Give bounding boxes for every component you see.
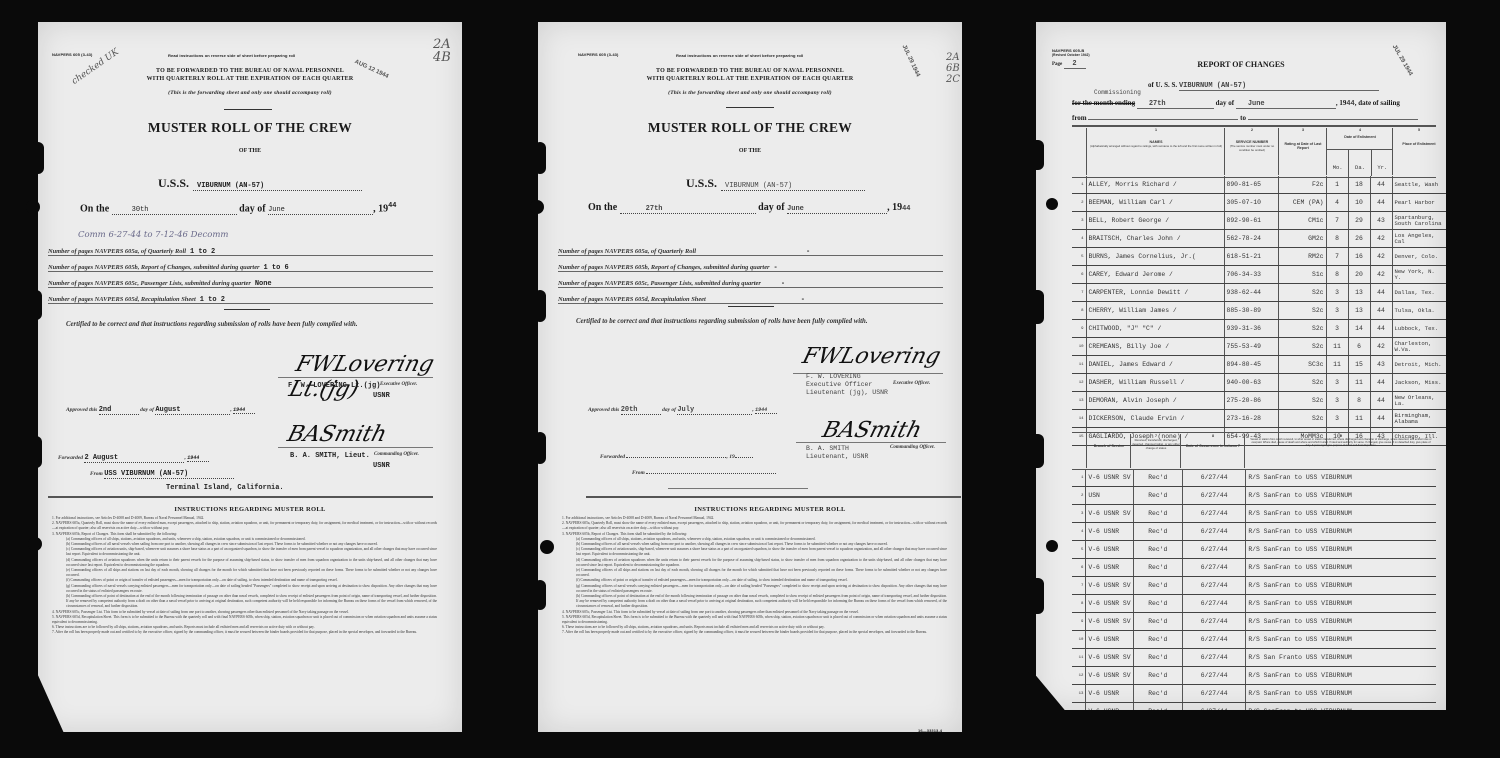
year-prefix: , 19 — [373, 203, 388, 214]
enlist-month: 4 — [1326, 194, 1348, 212]
count-label: Number of pages NAVPERS 605d, Recapitula… — [48, 296, 196, 303]
binder-tab — [534, 142, 546, 174]
vessel-station-detail: R/S SanFran to USS VIBURNUM — [1246, 487, 1436, 505]
binder-tab — [30, 142, 44, 174]
binder-hole — [1046, 540, 1058, 552]
enlist-month: 1 — [1326, 176, 1348, 194]
row-number: 6 — [1072, 266, 1086, 284]
date-of-occurrence: 6/27/44 — [1183, 595, 1246, 613]
on-the-label: On the — [588, 202, 617, 213]
forwarding-note: (This is the forwarding sheet and only o… — [38, 90, 462, 96]
branch-of-service: V-6 USNR — [1086, 631, 1133, 649]
binder-tab — [1030, 578, 1044, 614]
status-change: Rec'd — [1133, 469, 1182, 487]
enlist-place: Lubbock, Tex. — [1392, 320, 1446, 338]
forwarded-label: Forwarded — [58, 455, 83, 461]
binder-tab — [1030, 290, 1044, 324]
muster-roll-page-2: NAVPERS 605 (3-43) Read instructions on … — [538, 22, 962, 732]
status-change: Rec'd — [1133, 685, 1182, 703]
date-of-occurrence: 6/27/44 — [1183, 469, 1246, 487]
enlist-place: Spartanburg, South Carolina — [1392, 212, 1446, 230]
vessel-station-detail: R/S SanFran to USS VIBURNUM — [1246, 577, 1436, 595]
from-value — [646, 473, 776, 474]
binder-hole — [1046, 198, 1058, 210]
crew-name: BELL, Robert George / — [1086, 212, 1224, 230]
from-label: From — [632, 470, 645, 476]
row-number: 3 — [1072, 505, 1086, 523]
enlist-year: 43 — [1370, 356, 1392, 374]
crew-name: CREMEANS, Billy Joe / — [1086, 338, 1224, 356]
instructions-list: 1. For additional instructions, see Arti… — [52, 516, 437, 636]
rating: CM1c — [1278, 212, 1326, 230]
binder-tab — [1030, 434, 1044, 468]
count-value: - — [781, 280, 785, 288]
approved-year: 1944 — [233, 407, 255, 414]
count-label: Number of pages NAVPERS 605c, Passenger … — [48, 280, 251, 287]
enlist-place: Dallas, Tex. — [1392, 284, 1446, 302]
enlist-day: 13 — [1348, 284, 1370, 302]
form-title: MUSTER ROLL OF THE CREW — [538, 120, 962, 136]
status-change: Rec'd — [1133, 541, 1182, 559]
enlist-day: 6 — [1348, 338, 1370, 356]
crew-name: DEMORAN, Alvin Joseph / — [1086, 392, 1224, 410]
year-prefix: , 19 — [887, 202, 902, 213]
crew-name: CARPENTER, Lonnie Dewitt / — [1086, 284, 1224, 302]
binder-hole — [26, 200, 40, 214]
rating: S2c — [1278, 302, 1326, 320]
executive-officer-title: Executive Officer. — [893, 381, 930, 386]
date-of-occurrence: 6/27/44 — [1183, 577, 1246, 595]
table-row: 10V-6 USNRRec'd6/27/44R/S SanFran to USS… — [1072, 631, 1436, 649]
count-value: - — [774, 264, 778, 272]
branch-of-service: V-6 USNR SV — [1086, 667, 1133, 685]
table-row: 2USNRec'd6/27/44R/S SanFran to USS VIBUR… — [1072, 487, 1436, 505]
row-number: 6 — [1072, 559, 1086, 577]
status-change: Rec'd — [1133, 613, 1182, 631]
rating: S1c — [1278, 266, 1326, 284]
crew-name: DANIEL, James Edward / — [1086, 356, 1224, 374]
ship-name: VIBURNUM (AN-57) — [721, 182, 865, 191]
crew-name: DASHER, William Russell / — [1086, 374, 1224, 392]
of-the-label: OF THE — [38, 148, 462, 154]
year-value: 44 — [388, 202, 396, 210]
crew-name: CAREY, Edward Jerome / — [1086, 266, 1224, 284]
branch-of-service: V-6 USNR SV — [1086, 577, 1133, 595]
table-row: 6V-6 USNRRec'd6/27/44R/S SanFran to USS … — [1072, 559, 1436, 577]
rating: S2c — [1278, 284, 1326, 302]
binder-hole — [530, 200, 544, 214]
from-label: from — [1072, 114, 1087, 122]
status-change: Rec'd — [1133, 577, 1182, 595]
enlist-place: New Orleans, La. — [1392, 392, 1446, 410]
service-number: 273-16-28 — [1224, 410, 1278, 428]
row-number: 2 — [1072, 194, 1086, 212]
of-the-label: OF THE — [538, 148, 962, 154]
table-row: 9V-6 USNR SVRec'd6/27/44R/S SanFran to U… — [1072, 613, 1436, 631]
row-number: 9 — [1072, 613, 1086, 631]
date-of-occurrence: 6/27/44 — [1183, 505, 1246, 523]
service-number: 885-30-89 — [1224, 302, 1278, 320]
branch-of-service: V-6 USNR SV — [1086, 613, 1133, 631]
month-ending-label: for the month ending — [1072, 99, 1135, 107]
binder-hole — [28, 537, 42, 551]
count-value: - — [801, 296, 805, 304]
binder-tab — [30, 290, 42, 320]
from-label: From — [90, 471, 103, 477]
binder-tab — [534, 290, 546, 322]
enlist-place: Jackson, Miss. — [1392, 374, 1446, 392]
rating: S2c — [1278, 392, 1326, 410]
enlist-day: 11 — [1348, 374, 1370, 392]
table-row: 3V-6 USNR SVRec'd6/27/44R/S SanFran to U… — [1072, 505, 1436, 523]
table-row: 1ALLEY, Morris Richard /890-81-65F2c1184… — [1072, 176, 1446, 194]
enlist-day: 26 — [1348, 230, 1370, 248]
table-row: 4BRAITSCH, Charles John /562-78-24GM2c82… — [1072, 230, 1446, 248]
header-place: Place of Enlistment — [1393, 142, 1445, 146]
enlist-month: 11 — [1326, 338, 1348, 356]
crew-name: BURNS, James Cornelius, Jr.( — [1086, 248, 1224, 266]
crew-name: BEEMAN, William Carl / — [1086, 194, 1224, 212]
print-code: 16—33313-4 — [918, 728, 942, 732]
table-row: 6CAREY, Edward Jerome /706-34-33S1c82042… — [1072, 266, 1446, 284]
binder-hole — [540, 540, 554, 554]
row-number: 8 — [1072, 302, 1086, 320]
vessel-station-detail: R/S SanFran to USS VIBURNUM — [1246, 631, 1436, 649]
enlist-year: 44 — [1370, 176, 1392, 194]
instructions-title: INSTRUCTIONS REGARDING MUSTER ROLL — [578, 506, 962, 513]
instructions-title: INSTRUCTIONS REGARDING MUSTER ROLL — [38, 506, 462, 513]
table-row: 7V-6 USNR SVRec'd6/27/44R/S SanFran to U… — [1072, 577, 1436, 595]
executive-officer-role: Executive Officer — [806, 381, 888, 389]
row-number: 2 — [1072, 487, 1086, 505]
on-the-label: On the — [80, 203, 109, 214]
header-da: Da. — [1348, 150, 1370, 176]
table-row: 8CHERRY, William James /885-30-89S2c3134… — [1072, 302, 1446, 320]
table-row: 14DICKERSON, Claude Ervin /273-16-28S2c3… — [1072, 410, 1446, 428]
header-branch: Branch of Service — [1087, 444, 1131, 448]
day-value: 30th — [112, 206, 237, 215]
status-change: Rec'd — [1133, 559, 1182, 577]
enlist-month: 7 — [1326, 212, 1348, 230]
enlist-day: 13 — [1348, 302, 1370, 320]
date-of-occurrence: 6/27/44 — [1183, 685, 1246, 703]
vessel-station-detail: R/S SanFran to USS VIBURNUM — [1246, 505, 1436, 523]
table-row: 12V-6 USNR SVRec'd6/27/44R/S SanFran to … — [1072, 667, 1436, 685]
enlist-day: 14 — [1348, 320, 1370, 338]
month-value: June — [268, 206, 373, 215]
enlist-place: Pearl Harbor — [1392, 194, 1446, 212]
executive-officer-name: F. W. LOVERING — [806, 373, 888, 381]
year-value: 44 — [902, 205, 910, 213]
row-number: 8 — [1072, 595, 1086, 613]
certification-text: Certified to be correct and that instruc… — [48, 319, 433, 330]
row-number: 11 — [1072, 356, 1086, 374]
branch-of-service: V-6 USNR — [1086, 559, 1133, 577]
crew-name: DICKERSON, Claude Ervin / — [1086, 410, 1224, 428]
forwarding-note: (This is the forwarding sheet and only o… — [538, 90, 962, 96]
service-number: 618-51-21 — [1224, 248, 1278, 266]
executive-officer-signature: FWLovering — [800, 344, 944, 369]
binder-tab — [534, 580, 546, 610]
forwarded-value: 2 August — [84, 454, 184, 463]
header-status-change: Received, transferred, discharged, deser… — [1131, 438, 1181, 450]
count-value: 1 to 2 — [200, 296, 225, 304]
report-of-changes-status-table: 1V-6 USNR SVRec'd6/27/44R/S SanFran to U… — [1072, 469, 1436, 710]
table-row: 11DANIEL, James Edward /894-80-45SC3c111… — [1072, 356, 1446, 374]
day-value: 27th — [1137, 100, 1214, 109]
count-value: - — [806, 248, 810, 256]
enlist-place: Charleston, W.Va. — [1392, 338, 1446, 356]
enlist-month: 3 — [1326, 320, 1348, 338]
table-row: 5BURNS, James Cornelius, Jr.(618-51-21RM… — [1072, 248, 1446, 266]
rating: S2c — [1278, 338, 1326, 356]
commanding-officer-title: Commanding Officer. — [890, 445, 935, 450]
forward-line-2: WITH QUARTERLY ROLL AT THE EXPIRATION OF… — [38, 76, 462, 82]
vessel-station-detail: R/S SanFran to USS VIBURNUM — [1246, 595, 1436, 613]
commanding-officer-title: Commanding Officer. — [374, 452, 419, 457]
enlist-place: Los Angeles, Cal — [1392, 230, 1446, 248]
vessel-station-detail: R/S SanFran to USS VIBURNUM — [1246, 469, 1436, 487]
rating: S2c — [1278, 410, 1326, 428]
of-uss-label: of U. S. S. — [1148, 81, 1177, 89]
enlist-month: 11 — [1326, 356, 1348, 374]
read-note: Read instructions on reverse side of she… — [168, 53, 295, 58]
count-label: Number of pages NAVPERS 605b, Report of … — [558, 264, 770, 271]
binder-tab — [30, 436, 42, 468]
service-number: 755-53-49 — [1224, 338, 1278, 356]
status-change: Rec'd — [1133, 631, 1182, 649]
date-of-occurrence: 6/27/44 — [1183, 541, 1246, 559]
service-number: 706-34-33 — [1224, 266, 1278, 284]
row-number: 7 — [1072, 577, 1086, 595]
commanding-officer-name: B. A. SMITH, Lieut. — [290, 452, 370, 460]
row-number: 14 — [1072, 410, 1086, 428]
table-row: 12DASHER, William Russell /940-00-63S2c3… — [1072, 374, 1446, 392]
forwarded-year: 1944 — [187, 455, 209, 462]
header-rating: Rating at Date of Last Report — [1279, 142, 1327, 150]
table-row: 14V-6 USNRRec'd6/27/44R/S SanFran to USS… — [1072, 703, 1436, 711]
enlist-year: 43 — [1370, 212, 1392, 230]
enlist-place: Denver, Colo. — [1392, 248, 1446, 266]
enlist-year: 44 — [1370, 410, 1392, 428]
service-number: 940-00-63 — [1224, 374, 1278, 392]
date-of-occurrence: 6/27/44 — [1183, 703, 1246, 711]
enlist-day: 15 — [1348, 356, 1370, 374]
row-number: 4 — [1072, 523, 1086, 541]
enlist-month: 8 — [1326, 230, 1348, 248]
enlist-month: 3 — [1326, 374, 1348, 392]
enlist-day: 29 — [1348, 212, 1370, 230]
header-yr: Yr. — [1371, 150, 1393, 176]
vessel-station-detail: R/S SanFran to USS VIBURNUM — [1246, 523, 1436, 541]
row-number: 10 — [1072, 631, 1086, 649]
row-number: 10 — [1072, 338, 1086, 356]
from-value: USS VIBURNUM (AN-57) — [104, 470, 234, 479]
report-of-changes-page: NAVPERS 605-B (Revised October 1942) Pag… — [1036, 22, 1446, 710]
service-number: 894-80-45 — [1224, 356, 1278, 374]
branch-of-service: V-6 USNR SV — [1086, 505, 1133, 523]
service-number: 938-62-44 — [1224, 284, 1278, 302]
file-code-annotation: 2A 4B — [433, 38, 457, 64]
enlist-year: 42 — [1370, 266, 1392, 284]
status-change: Rec'd — [1133, 667, 1182, 685]
binder-tab — [534, 432, 546, 464]
form-number: NAVPERS 605 (3-43) — [578, 52, 618, 57]
table-row: 8V-6 USNR SVRec'd6/27/44R/S SanFran to U… — [1072, 595, 1436, 613]
executive-officer-name: F. W. LOVERING Lt.(jg) — [288, 382, 380, 390]
instructions-list: 1. For additional instructions, see Arti… — [562, 516, 947, 636]
approved-month: August — [155, 406, 230, 415]
commanding-officer-signature: BASmith — [820, 418, 925, 443]
year-value: 44 — [1346, 100, 1354, 108]
table-row: 5V-6 USNRRec'd6/27/44R/S SanFran to USS … — [1072, 541, 1436, 559]
uss-label: U.S.S. — [686, 176, 717, 190]
enlist-year: 44 — [1370, 320, 1392, 338]
enlist-place: Tulsa, Okla. — [1392, 302, 1446, 320]
branch-of-service: V-6 USNR SV — [1086, 595, 1133, 613]
status-change: Rec'd — [1133, 649, 1182, 667]
service-number: 892-90-61 — [1224, 212, 1278, 230]
uss-label: U.S.S. — [158, 176, 189, 190]
day-of-label: day of — [1216, 99, 1234, 107]
certification-text: Certified to be correct and that instruc… — [558, 316, 943, 327]
row-number: 14 — [1072, 703, 1086, 711]
vessel-station-detail: R/S SanFran to USS VIBURNUM — [1246, 703, 1436, 711]
commissioning-note: Commissioning — [1094, 89, 1141, 96]
enlist-year: 44 — [1370, 392, 1392, 410]
row-number: 12 — [1072, 374, 1086, 392]
crew-name: CHITWOOD, "J" "C" / — [1086, 320, 1224, 338]
enlist-place: Seattle, Wash — [1392, 176, 1446, 194]
row-number: 13 — [1072, 685, 1086, 703]
branch-of-service: V-6 USNR SV — [1086, 469, 1133, 487]
row-number: 13 — [1072, 392, 1086, 410]
enlist-place: Birmingham, Alabama — [1392, 410, 1446, 428]
vessel-station-detail: R/S SanFran to USS VIBURNUM — [1246, 667, 1436, 685]
muster-roll-page-1: NAVPERS 605 (3-43) checked UK Read instr… — [38, 22, 462, 732]
executive-officer-rank: Lieutenant (jg), USNR — [806, 389, 888, 397]
forwarded-label: Forwarded — [600, 454, 625, 460]
rating: CEM (PA) — [1278, 194, 1326, 212]
executive-officer-title: Executive Officer. — [380, 382, 417, 387]
service-number: 890-81-65 — [1224, 176, 1278, 194]
status-change: Rec'd — [1133, 595, 1182, 613]
row-number: 5 — [1072, 248, 1086, 266]
branch-of-service: V-6 USNR — [1086, 685, 1133, 703]
header-vessel-station: Vessel or station from which received, t… — [1245, 438, 1437, 447]
table-row: 10CREMEANS, Billy Joe /755-53-49S2c11642… — [1072, 338, 1446, 356]
branch-of-service: USN — [1086, 487, 1133, 505]
date-of-occurrence: 6/27/44 — [1183, 523, 1246, 541]
header-date-occurrence: Date of Occurrence in column 7 — [1181, 444, 1245, 448]
divider — [224, 309, 270, 310]
count-label: Number of pages NAVPERS 605a, of Quarter… — [558, 248, 696, 255]
enlist-year: 42 — [1370, 230, 1392, 248]
enlist-place: New York, N. Y. — [1392, 266, 1446, 284]
commission-note: Comm 6-27-44 to 7-12-46 Decomm — [78, 230, 229, 240]
count-label: Number of pages NAVPERS 605a, of Quarter… — [48, 248, 186, 255]
enlist-year: 44 — [1370, 374, 1392, 392]
enlist-year: 44 — [1370, 284, 1392, 302]
table-row: 13V-6 USNRRec'd6/27/44R/S SanFran to USS… — [1072, 685, 1436, 703]
date-of-occurrence: 6/27/44 — [1183, 649, 1246, 667]
vessel-station-detail: R/S SanFran to USS VIBURNUM — [1246, 559, 1436, 577]
rating: S2c — [1278, 374, 1326, 392]
date-of-occurrence: 6/27/44 — [1183, 631, 1246, 649]
enlist-year: 42 — [1370, 248, 1392, 266]
crew-name: CHERRY, William James / — [1086, 302, 1224, 320]
enlist-day: 10 — [1348, 194, 1370, 212]
enlist-year: 44 — [1370, 302, 1392, 320]
approved-month: July — [677, 406, 752, 415]
rating: S2c — [1278, 320, 1326, 338]
enlist-month: 3 — [1326, 392, 1348, 410]
service-number: 305-07-10 — [1224, 194, 1278, 212]
enlist-month: 7 — [1326, 248, 1348, 266]
branch-of-service: V-6 USNR — [1086, 541, 1133, 559]
enlist-day: 18 — [1348, 176, 1370, 194]
table-row: 13DEMORAN, Alvin Joseph /275-20-86S2c384… — [1072, 392, 1446, 410]
vessel-station-detail: R/S SanFran to USS VIBURNUM — [1246, 613, 1436, 631]
service-number: 275-20-86 — [1224, 392, 1278, 410]
row-number: 1 — [1072, 469, 1086, 487]
row-number: 9 — [1072, 320, 1086, 338]
day-of-label: day of — [239, 203, 265, 214]
ship-name: VIBURNUM (AN-57) — [1179, 82, 1379, 91]
commanding-officer-name: B. A. SMITH — [806, 445, 868, 453]
status-change: Rec'd — [1133, 523, 1182, 541]
approved-label: Approved this — [66, 407, 97, 413]
approved-day: 2nd — [99, 406, 139, 415]
commanding-officer-service: USNR — [373, 462, 390, 470]
branch-of-service: V-6 USNR SV — [1086, 649, 1133, 667]
table-row: 4V-6 USNRRec'd6/27/44R/S SanFran to USS … — [1072, 523, 1436, 541]
month-value: June — [1236, 100, 1336, 109]
day-value: 27th — [620, 205, 756, 214]
enlist-year: 44 — [1370, 194, 1392, 212]
count-value: 1 to 2 — [190, 248, 215, 256]
enlist-day: 11 — [1348, 410, 1370, 428]
date-of-occurrence: 6/27/44 — [1183, 667, 1246, 685]
status-change: Rec'd — [1133, 703, 1182, 711]
enlist-month: 3 — [1326, 302, 1348, 320]
crew-name: BRAITSCH, Charles John / — [1086, 230, 1224, 248]
count-value: 1 to 6 — [264, 264, 289, 272]
enlist-month: 3 — [1326, 284, 1348, 302]
approved-label: Approved this — [588, 407, 619, 413]
header-mo: Mo. — [1327, 150, 1348, 176]
month-value: June — [787, 205, 887, 214]
enlist-month: 3 — [1326, 410, 1348, 428]
enlist-place: Detroit, Mich. — [1392, 356, 1446, 374]
count-label: Number of pages NAVPERS 605b, Report of … — [48, 264, 260, 271]
divider — [224, 109, 272, 110]
day-of-label: day of — [758, 202, 784, 213]
report-title: REPORT OF CHANGES — [1036, 60, 1446, 69]
rating: GM2c — [1278, 230, 1326, 248]
service-number: 939-31-36 — [1224, 320, 1278, 338]
table-row: 1V-6 USNR SVRec'd6/27/44R/S SanFran to U… — [1072, 469, 1436, 487]
enlist-year: 42 — [1370, 338, 1392, 356]
forward-line-1: TO BE FORWARDED TO THE BUREAU OF NAVAL P… — [38, 68, 462, 74]
enlist-day: 8 — [1348, 392, 1370, 410]
header-date-enlistment: Date of Enlistment — [1327, 135, 1393, 139]
branch-of-service: V-6 USNR — [1086, 523, 1133, 541]
rating: SC3c — [1278, 356, 1326, 374]
row-number: 12 — [1072, 667, 1086, 685]
to-value — [1248, 119, 1418, 120]
to-label: to — [1240, 114, 1246, 122]
